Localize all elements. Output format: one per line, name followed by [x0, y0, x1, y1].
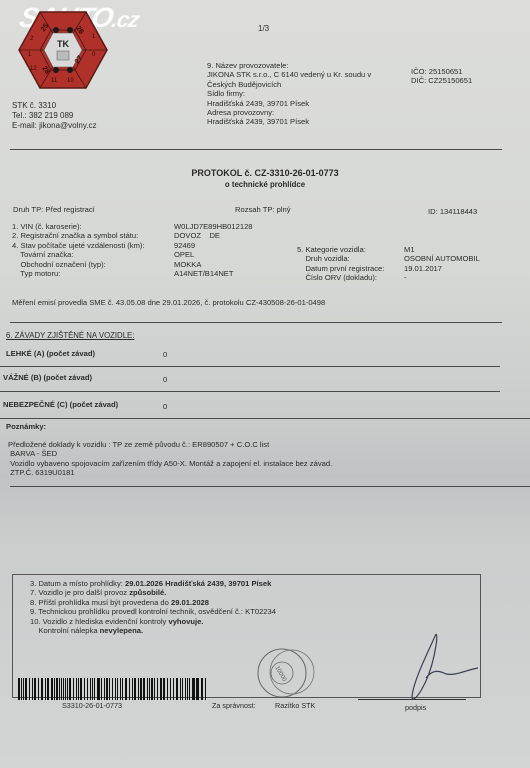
field-label: Datum první registrace:	[297, 264, 384, 273]
field-value: -	[404, 273, 480, 282]
station-contact: STK č. 3310 Tel.: 382 219 089 E-mail: ji…	[12, 101, 96, 131]
field-value: W0LJD7E89HB012128	[174, 222, 253, 231]
svg-text:10: 10	[67, 78, 74, 84]
protocol-title: PROTOKOL č. CZ-3310-26-01-0773	[0, 168, 530, 178]
svg-text:11: 11	[51, 78, 58, 84]
field-label: 2. Registrační značka a symbol státu:	[12, 231, 145, 240]
svg-text:10000: 10000	[273, 665, 287, 683]
ico: IČO: 25150651	[411, 67, 472, 76]
field-label: 1. VIN (č. karoserie):	[12, 222, 145, 231]
dic: DIČ: CZ25150651	[411, 76, 472, 85]
field-value: 19.01.2017	[404, 264, 480, 273]
field-value: 92469	[174, 241, 253, 250]
field-value: MOKKA	[174, 260, 253, 269]
defects-heading: 6. ZÁVADY ZJIŠTĚNÉ NA VOZIDLE:	[6, 331, 134, 340]
operator-block: 9. Název provozovatele: JIKONA STK s.r.o…	[207, 61, 371, 127]
field-label: 5. Kategorie vozidla:	[297, 245, 384, 254]
result-line: 8. Příští prohlídka musí být provedena d…	[30, 598, 276, 607]
inspection-type: Druh TP: Před registrací	[13, 205, 95, 214]
page-number: 1/3	[258, 24, 269, 33]
note-line: Předložené doklady k vozidlu : TP ze zem…	[8, 440, 332, 449]
defect-serious-value: 0	[163, 375, 167, 384]
result-line: Kontrolní nálepka nevylepena.	[30, 626, 276, 635]
defect-serious-label: VÁŽNÉ (B) (počet závad)	[3, 373, 92, 382]
field-value: M1	[404, 245, 480, 254]
field-label: Typ motoru:	[12, 269, 145, 278]
stk-number: STK č. 3310	[12, 101, 96, 111]
barcode-text: S3310-26-01-0773	[62, 701, 122, 710]
notes-text: Předložené doklady k vozidlu : TP ze zem…	[8, 440, 332, 478]
note-line: ZTP.Č. 6319U0181	[8, 468, 332, 477]
stamp-label: Razítko STK	[275, 701, 315, 710]
field-label: Druh vozidla:	[297, 254, 384, 263]
signature-line	[358, 699, 466, 700]
premises-address: Hradišťská 2439, 39701 Písek	[207, 117, 371, 126]
notes-title: Poznámky:	[6, 422, 46, 431]
operator-name-line2: Českých Budějovicích	[207, 80, 371, 89]
signature-icon	[400, 628, 490, 708]
stk-hexagon-logo-icon: TK 25 26 27 28 2 1 12 11 10 0 1	[18, 10, 108, 90]
barcode-icon	[18, 678, 206, 700]
divider	[10, 486, 530, 487]
premises-label: Adresa provozovny:	[207, 108, 371, 117]
defect-light-value: 0	[163, 350, 167, 359]
result-line: 7. Vozidlo je pro další provoz způsobilé…	[30, 588, 276, 597]
note-line: Vozidlo vybaveno spojovacím zařízením tř…	[8, 459, 332, 468]
divider	[0, 391, 500, 392]
vehicle-values: W0LJD7E89HB012128DOVOZ DE92469OPELMOKKAA…	[174, 222, 253, 278]
operator-name-line1: JIKONA STK s.r.o., C 6140 vedený u Kr. s…	[207, 70, 371, 79]
seat-address: Hradišťská 2439, 39701 Písek	[207, 99, 371, 108]
protocol-subtitle: o technické prohlídce	[0, 180, 530, 189]
stamp-icon: 10000	[248, 645, 328, 703]
defect-light-label: LEHKÉ (A) (počet závad)	[6, 349, 95, 358]
result-line: 3. Datum a místo prohlídky: 29.01.2026 H…	[30, 579, 276, 588]
result-line: 9. Technickou prohlídku provedl kontroln…	[30, 607, 276, 616]
divider	[0, 366, 500, 367]
emission-note: Měření emisí provedla SME č. 43.05.08 dn…	[12, 298, 325, 307]
company-ids: IČO: 25150651 DIČ: CZ25150651	[411, 67, 472, 86]
seat-label: Sídlo firmy:	[207, 89, 371, 98]
field-label: 4. Stav počítače ujeté vzdálenosti (km):	[12, 241, 145, 250]
divider	[0, 418, 530, 419]
defect-dangerous-label: NEBEZPEČNÉ (C) (počet závad)	[3, 400, 118, 409]
divider	[10, 322, 502, 323]
results-list: 3. Datum a místo prohlídky: 29.01.2026 H…	[30, 579, 276, 635]
inspection-scope: Rozsah TP: plný	[235, 205, 291, 214]
field-value: OPEL	[174, 250, 253, 259]
field-label: Obchodní označení (typ):	[12, 260, 145, 269]
protocol-id: ID: 134118443	[428, 207, 477, 216]
divider	[10, 149, 502, 150]
field-value: DOVOZ DE	[174, 231, 253, 240]
category-values: M1OSOBNÍ AUTOMOBIL19.01.2017-	[404, 245, 480, 283]
field-label: Číslo ORV (dokladu):	[297, 273, 384, 282]
signature-label: podpis	[405, 703, 426, 712]
station-phone: Tel.: 382 219 089	[12, 111, 96, 121]
defect-dangerous-value: 0	[163, 402, 167, 411]
note-line: BARVA - ŠED	[8, 449, 332, 458]
category-labels: 5. Kategorie vozidla: Druh vozidla: Datu…	[297, 245, 384, 283]
watermark-suffix: .cz	[110, 7, 142, 32]
result-line: 10. Vozidlo z hlediska evidenční kontrol…	[30, 617, 276, 626]
operator-label: 9. Název provozovatele:	[207, 61, 371, 70]
svg-text:12: 12	[30, 66, 37, 72]
vehicle-labels: 1. VIN (č. karoserie):2. Registrační zna…	[12, 222, 145, 278]
station-email: E-mail: jikona@volny.cz	[12, 121, 96, 131]
field-value: OSOBNÍ AUTOMOBIL	[404, 254, 480, 263]
svg-text:TK: TK	[57, 39, 69, 49]
field-value: A14NET/B14NET	[174, 269, 253, 278]
field-label: Tovární značka:	[12, 250, 145, 259]
